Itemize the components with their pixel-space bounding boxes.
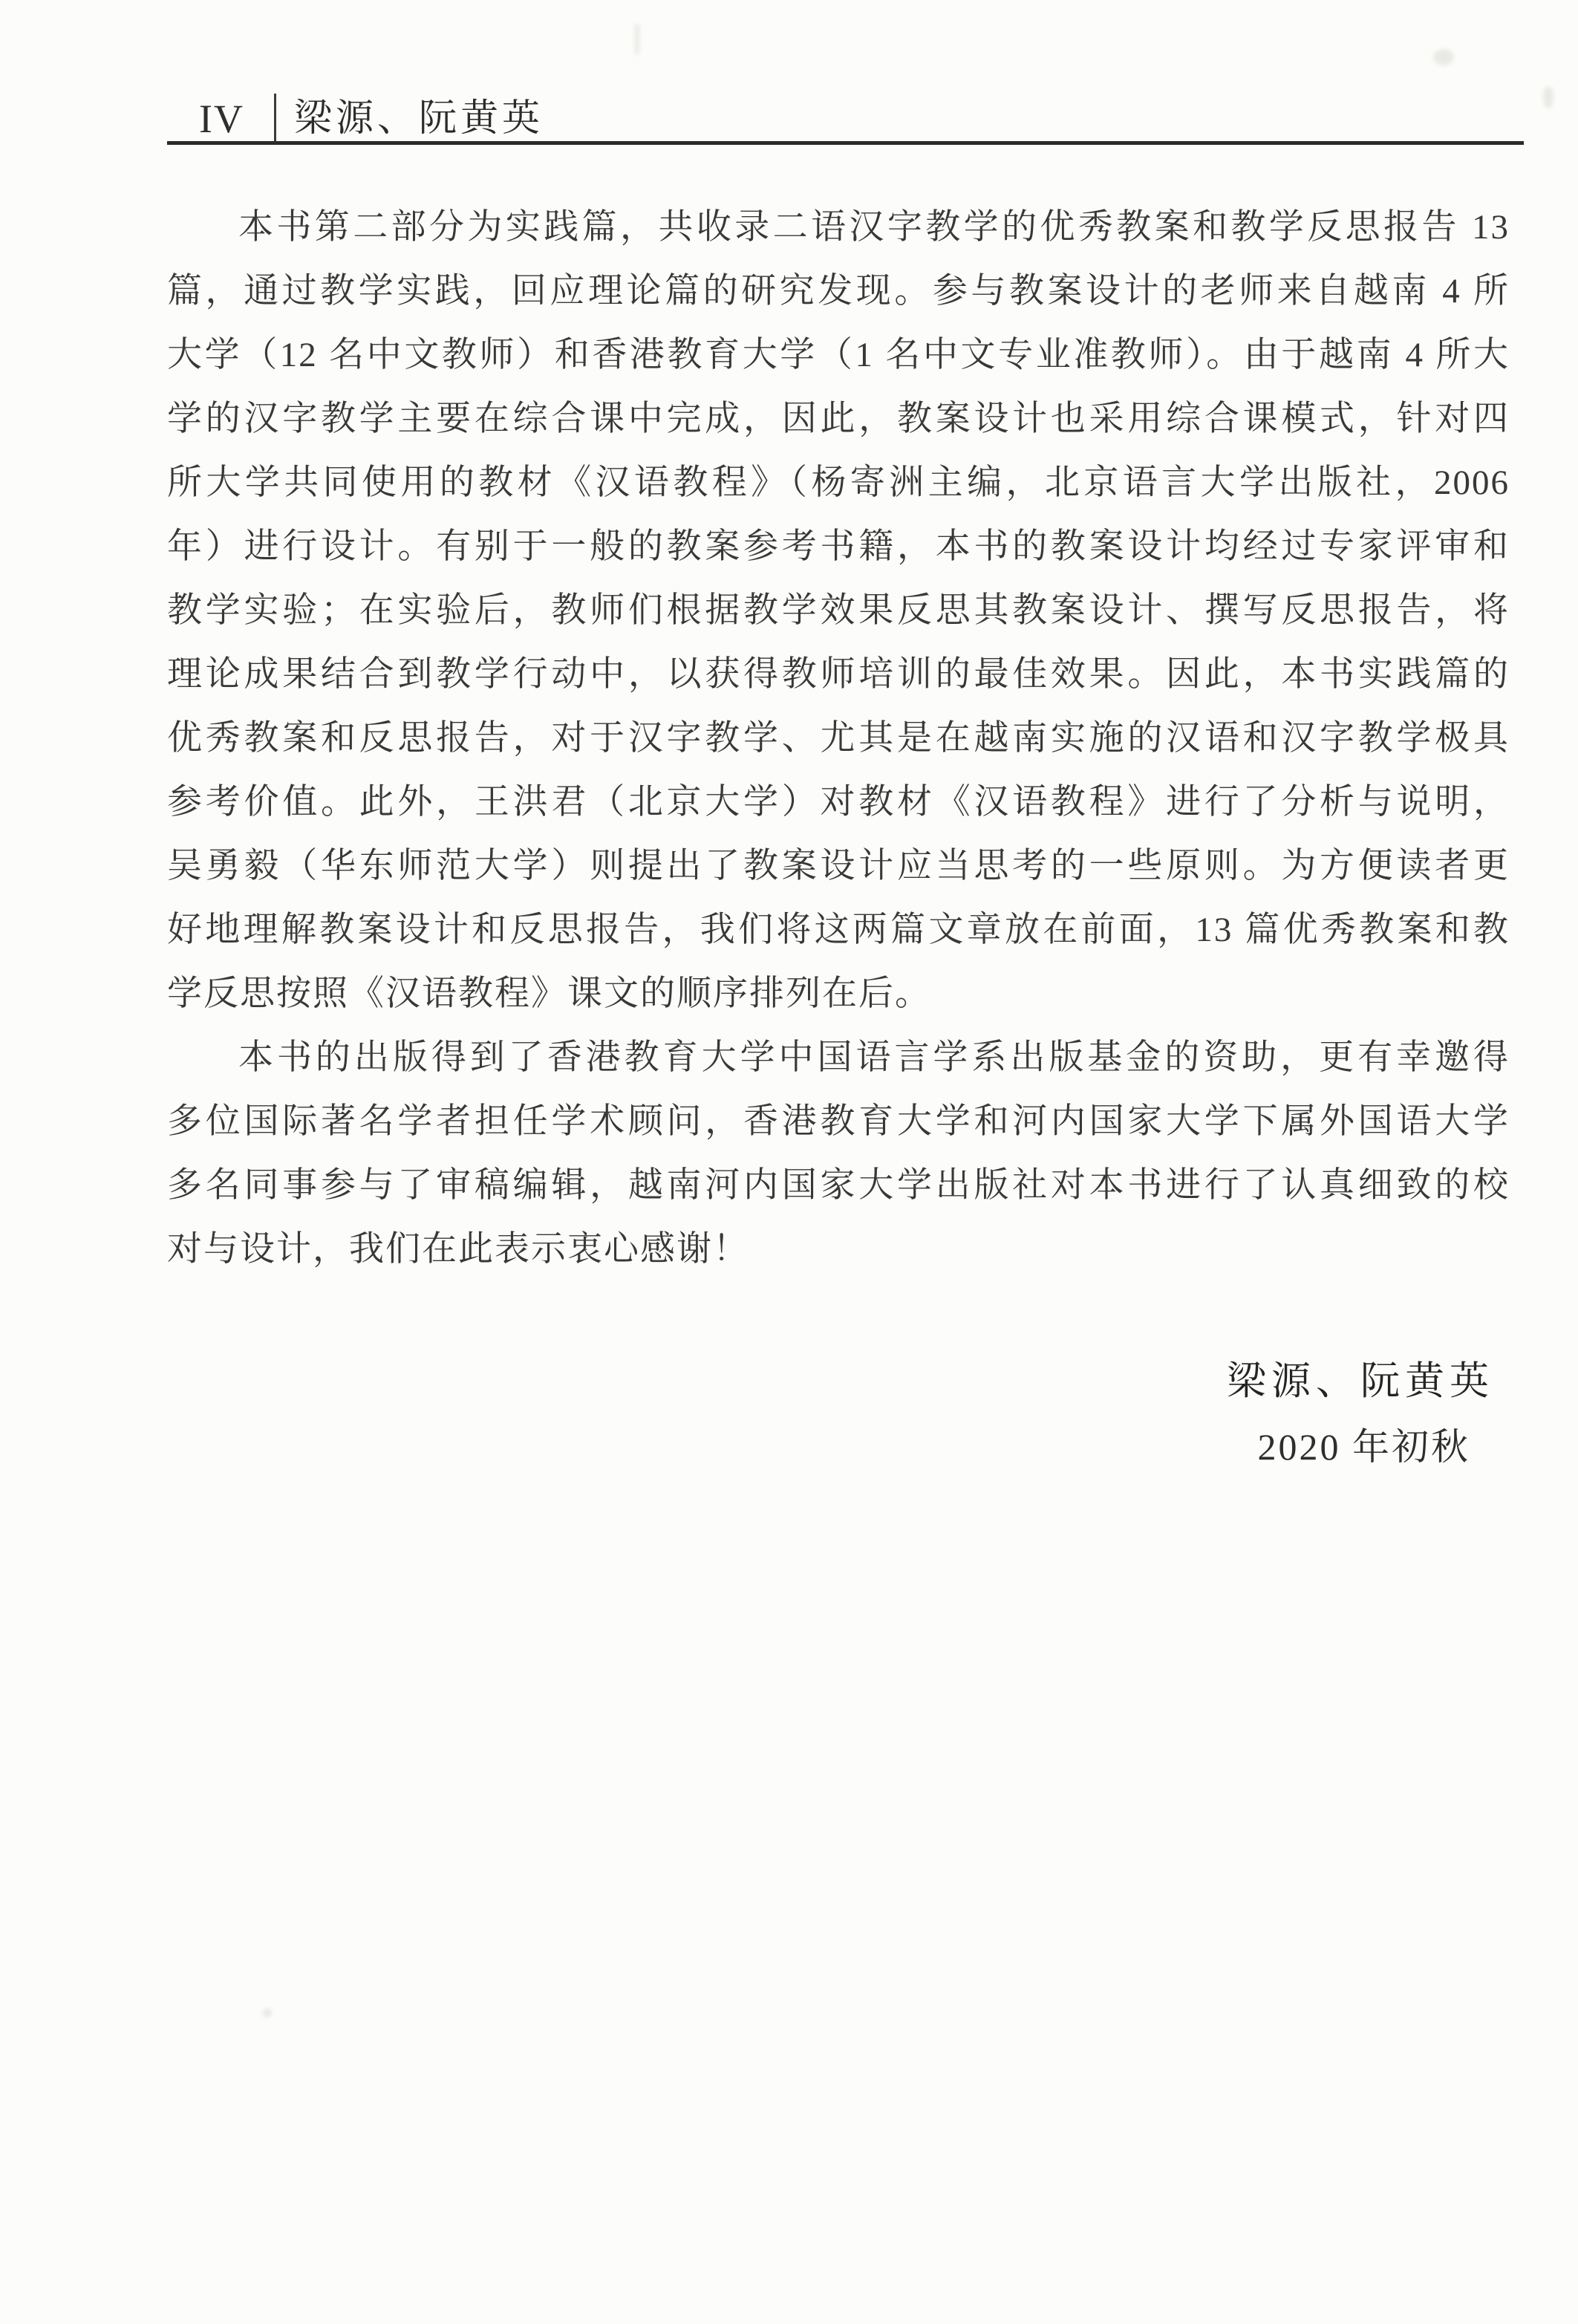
- header-rule: [167, 141, 1524, 145]
- text-line: 多名同事参与了审稿编辑，越南河内国家大学出版社对本书进行了认真细致的校: [167, 1153, 1510, 1217]
- text-line: 优秀教案和反思报告，对于汉字教学、尤其是在越南实施的汉语和汉字教学极具: [167, 706, 1510, 770]
- text-line: 大学（12 名中文教师）和香港教育大学（1 名中文专业准教师）。由于越南 4 所…: [167, 323, 1510, 387]
- scan-speck: [263, 2008, 272, 2017]
- running-title: 梁源、阮黄英: [294, 92, 544, 146]
- text-line: 学反思按照《汉语教程》课文的顺序排列在后。: [167, 962, 1510, 1026]
- text-line: 篇，通过教学实践，回应理论篇的研究发现。参与教案设计的老师来自越南 4 所: [167, 259, 1510, 323]
- text-line: 好地理解教案设计和反思报告，我们将这两篇文章放在前面，13 篇优秀教案和教: [167, 898, 1510, 962]
- text-line: 对与设计，我们在此表示衷心感谢！: [167, 1217, 1510, 1281]
- preface-body: 本书第二部分为实践篇，共收录二语汉字教学的优秀教案和教学反思报告 13 篇，通过…: [167, 195, 1510, 1281]
- signature-block: 梁源、阮黄英 2020 年初秋: [1227, 1358, 1494, 1469]
- text-line: 所大学共同使用的教材《汉语教程》（杨寄洲主编，北京语言大学出版社，2006: [167, 451, 1510, 515]
- text-line: 教学实验；在实验后，教师们根据教学效果反思其教案设计、撰写反思报告，将: [167, 579, 1510, 642]
- text-line: 学的汉字教学主要在综合课中完成，因此，教案设计也采用综合课模式，针对四: [167, 387, 1510, 451]
- page-number: IV: [199, 92, 244, 146]
- text-line: 参考价值。此外，王洪君（北京大学）对教材《汉语教程》进行了分析与说明，: [167, 770, 1510, 834]
- text-line: 本书第二部分为实践篇，共收录二语汉字教学的优秀教案和教学反思报告 13: [167, 195, 1510, 259]
- text-line: 多位国际著名学者担任学术顾问，香港教育大学和河内国家大学下属外国语大学: [167, 1090, 1510, 1153]
- signature-authors: 梁源、阮黄英: [1227, 1358, 1494, 1405]
- text-line: 年）进行设计。有别于一般的教案参考书籍，本书的教案设计均经过专家评审和: [167, 515, 1510, 579]
- signature-date: 2020 年初秋: [1227, 1425, 1494, 1469]
- text-line: 理论成果结合到教学行动中，以获得教师培训的最佳效果。因此，本书实践篇的: [167, 642, 1510, 706]
- scan-speck: [1543, 86, 1553, 108]
- text-line: 本书的出版得到了香港教育大学中国语言学系出版基金的资助，更有幸邀得: [167, 1026, 1510, 1090]
- page-header: IV 梁源、阮黄英: [199, 92, 544, 146]
- scanned-page: IV 梁源、阮黄英 本书第二部分为实践篇，共收录二语汉字教学的优秀教案和教学反思…: [0, 0, 1578, 2324]
- text-line: 吴勇毅（华东师范大学）则提出了教案设计应当思考的一些原则。为方便读者更: [167, 834, 1510, 898]
- header-divider: [274, 94, 276, 144]
- scan-speck: [635, 24, 639, 55]
- scan-speck: [1433, 49, 1454, 65]
